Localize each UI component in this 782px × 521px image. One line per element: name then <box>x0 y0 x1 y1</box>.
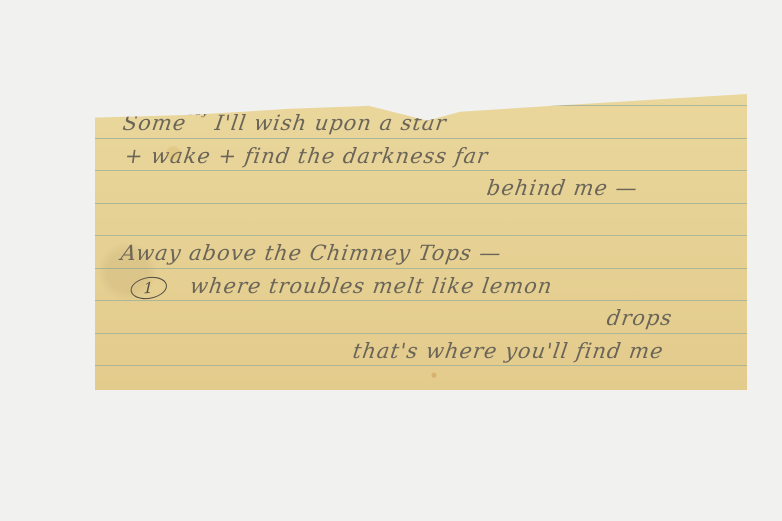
handwritten-line-2: + wake + find the darkness far <box>123 144 490 168</box>
ruled-line <box>95 268 747 269</box>
handwritten-line-5: 1 where troubles melt like lemon <box>129 274 554 299</box>
handwritten-line-6: drops <box>605 306 674 330</box>
circled-number-marker: 1 <box>130 275 167 301</box>
ruled-paper-scrap: Someday I'll wish upon a star + wake + f… <box>95 94 747 390</box>
inserted-word: day <box>187 107 210 118</box>
handwritten-line-3: behind me — <box>485 176 639 200</box>
handwritten-line-7: that's where you'll find me <box>351 339 665 363</box>
ruled-line <box>95 170 747 171</box>
handwritten-line-4: Away above the Chimney Tops — <box>119 241 503 265</box>
line-5-text: where troubles melt like lemon <box>188 274 554 298</box>
ruled-line <box>95 235 747 236</box>
line-1-rest: I'll wish upon a star <box>213 111 448 135</box>
ruled-line <box>95 300 747 301</box>
word-some: Some <box>121 111 188 135</box>
ruled-line <box>95 333 747 334</box>
ruled-line <box>95 203 747 204</box>
ruled-line <box>95 105 747 106</box>
ruled-line <box>95 365 747 366</box>
ruled-line <box>95 138 747 139</box>
handwritten-line-1: Someday I'll wish upon a star <box>121 111 448 135</box>
